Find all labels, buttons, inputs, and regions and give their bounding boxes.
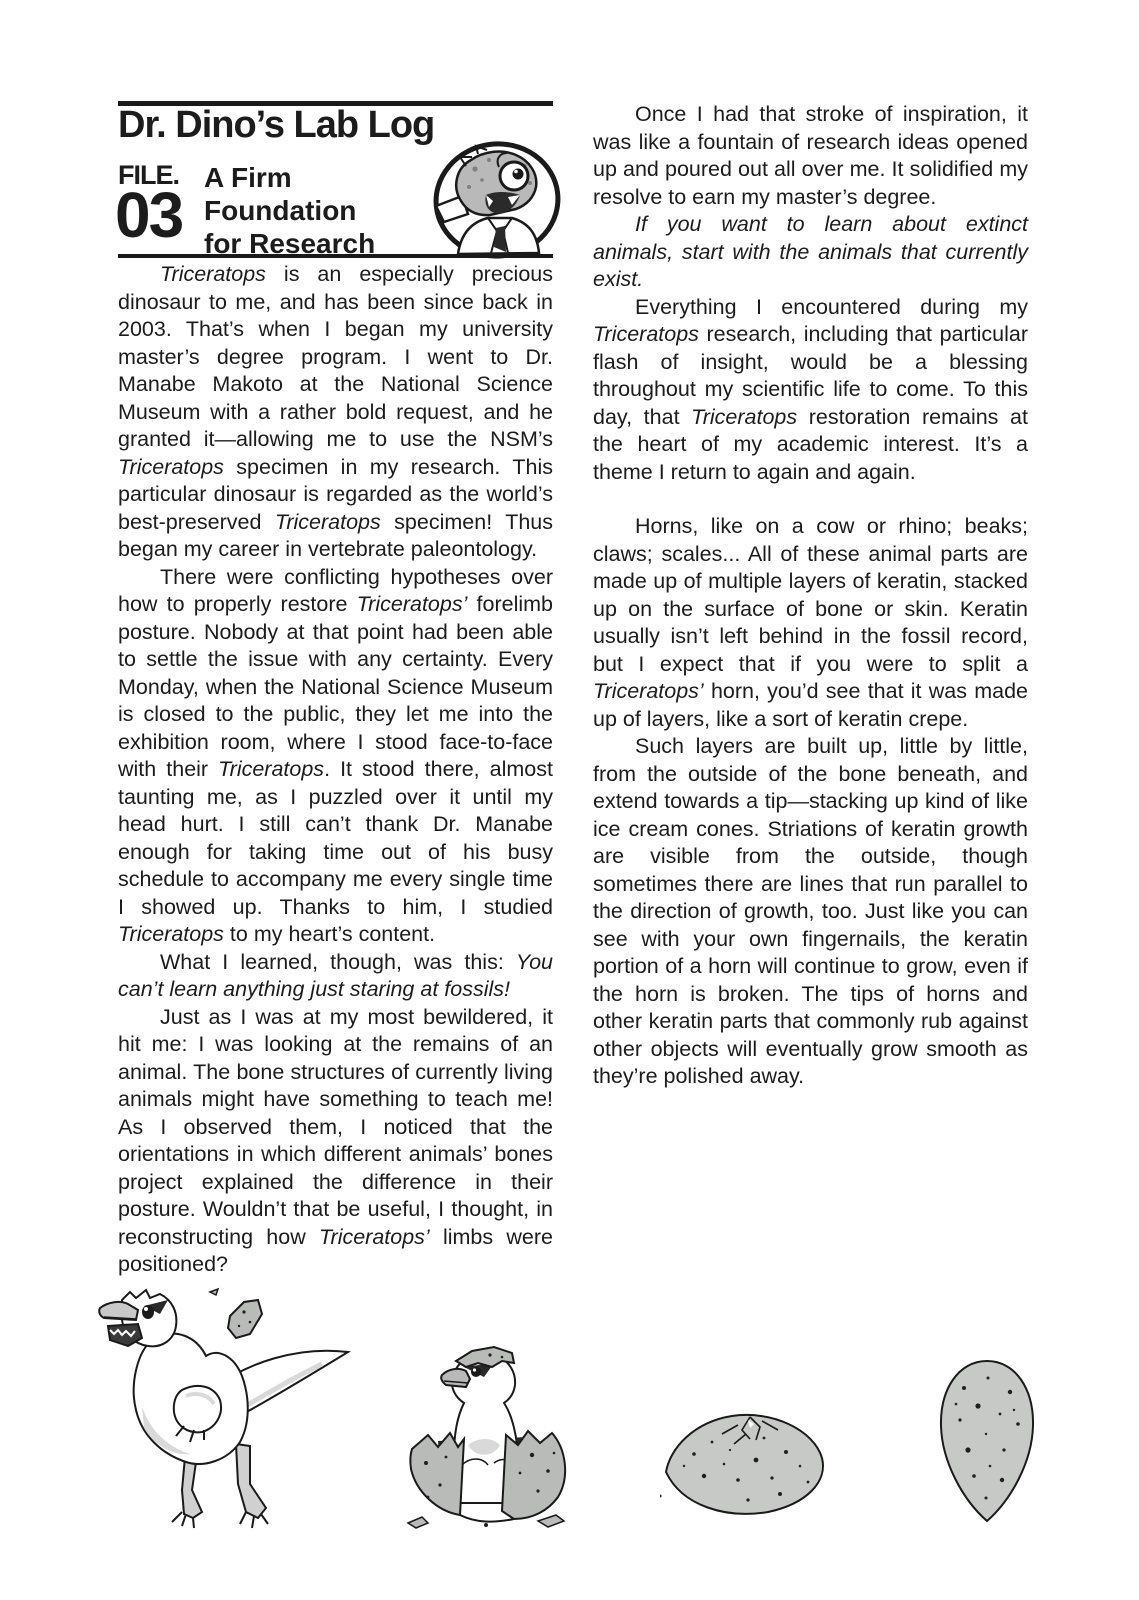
- subtitle-line: A Firm: [204, 161, 375, 194]
- paragraph: If you want to learn about extinct anima…: [593, 211, 1028, 294]
- paragraph: What I learned, though, was this: You ca…: [118, 949, 553, 1004]
- baby-dino-illustration: [98, 1286, 354, 1530]
- left-column: Triceratops is an especially precious di…: [118, 261, 553, 1279]
- paragraph: Triceratops is an especially precious di…: [118, 261, 553, 564]
- page-title: Dr. Dino’s Lab Log: [118, 104, 434, 147]
- chapter-subtitle: A Firm Foundation for Research: [204, 161, 375, 260]
- right-column: Once I had that stroke of inspiration, i…: [593, 101, 1028, 1091]
- file-number: 03: [115, 183, 182, 247]
- upright-egg-illustration: [934, 1358, 1040, 1526]
- paragraph: Such layers are built up, little by litt…: [593, 733, 1028, 1091]
- paragraph: There were conflicting hypotheses over h…: [118, 564, 553, 949]
- dino-scientist-icon: [430, 138, 564, 262]
- subtitle-line: Foundation: [204, 194, 375, 227]
- paragraph: Just as I was at my most bewildered, it …: [118, 1004, 553, 1279]
- cracked-egg-illustration: [660, 1408, 830, 1520]
- paragraph: Horns, like on a cow or rhino; beaks; cl…: [593, 513, 1028, 733]
- book-page: Dr. Dino’s Lab Log FILE. 03 A Firm Found…: [0, 0, 1139, 1600]
- paragraph: Everything I encountered during my Trice…: [593, 294, 1028, 487]
- hatchling-in-egg-illustration: [398, 1345, 578, 1533]
- paragraph: Once I had that stroke of inspiration, i…: [593, 101, 1028, 211]
- header-rule-bottom: [118, 254, 553, 258]
